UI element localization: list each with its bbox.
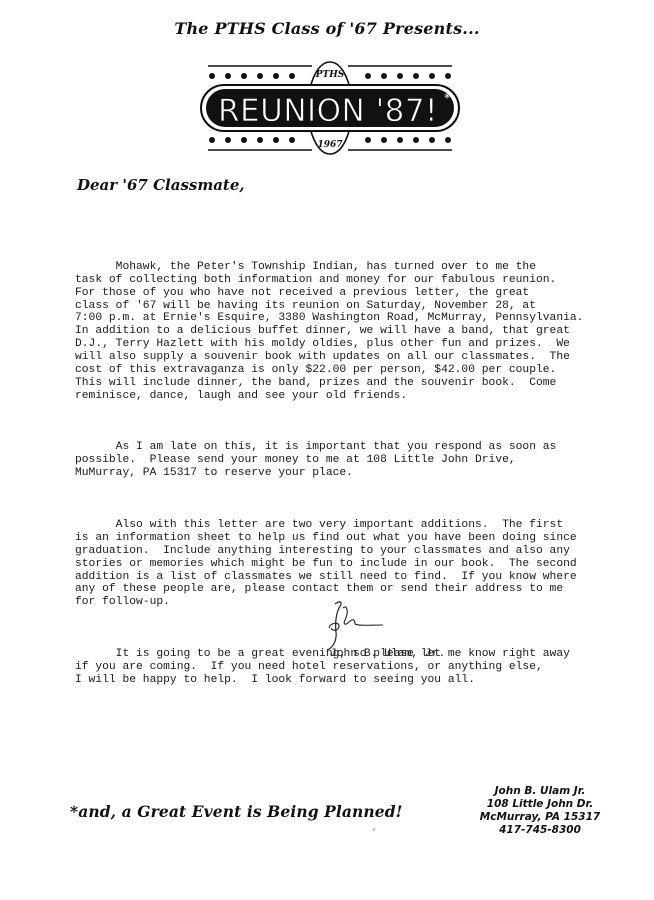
signer-name: John B. Ulam, Jr. (330, 648, 445, 661)
salutation: Dear '67 Classmate, (77, 176, 245, 194)
paragraph-intro: Mohawk, the Peter's Township Indian, has… (75, 261, 583, 403)
logo-asterisk: * (444, 91, 450, 105)
reunion-logo: REUNION '87! * PTHS 1967 (200, 60, 460, 160)
contact-name: John B. Ulam Jr. (470, 785, 610, 798)
contact-phone: 417-745-8300 (470, 824, 610, 837)
footer-tagline: *and, a Great Event is Being Planned! (70, 802, 403, 821)
contact-city: McMurray, PA 15317 (470, 811, 610, 824)
logo-bottom-label: 1967 (317, 140, 343, 150)
logo-main-text: REUNION '87! (218, 93, 438, 129)
contact-block: John B. Ulam Jr. 108 Little John Dr. McM… (470, 785, 610, 837)
contact-street: 108 Little John Dr. (470, 798, 610, 811)
presents-heading: The PTHS Class of '67 Presents... (0, 19, 654, 38)
paragraph-respond: As I am late on this, it is important th… (75, 441, 583, 480)
handwritten-signature (325, 598, 395, 653)
paragraph-additions: Also with this letter are two very impor… (75, 519, 583, 609)
logo-top-label: PTHS (315, 70, 345, 80)
scan-speck (373, 828, 376, 832)
